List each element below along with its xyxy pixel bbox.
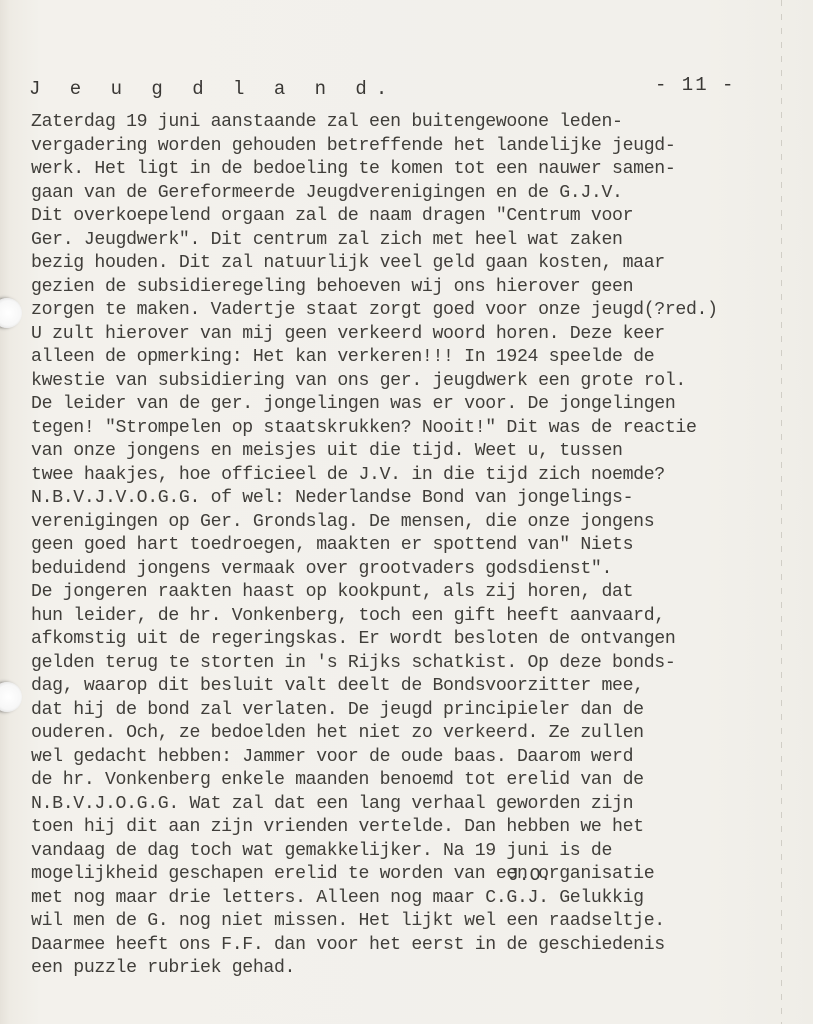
text-line: tegen! "Strompelen op staatskrukken? Noo… — [31, 417, 718, 441]
page-number: - 11 - — [655, 74, 735, 96]
text-line: gaan van de Gereformeerde Jeugdverenigin… — [31, 182, 718, 206]
text-line: twee haakjes, hoe officieel de J.V. in d… — [31, 464, 718, 488]
document-title: J e u g d l a n d. — [29, 78, 396, 100]
text-line: Daarmee heeft ons F.F. dan voor het eers… — [31, 934, 718, 958]
text-line: toen hij dit aan zijn vrienden vertelde.… — [31, 816, 718, 840]
text-line: bezig houden. Dit zal natuurlijk veel ge… — [31, 252, 718, 276]
signature: J.O. — [508, 866, 551, 886]
text-line: De leider van de ger. jongelingen was er… — [31, 393, 718, 417]
text-line: verenigingen op Ger. Grondslag. De mense… — [31, 511, 718, 535]
text-line: zorgen te maken. Vadertje staat zorgt go… — [31, 299, 718, 323]
text-line: alleen de opmerking: Het kan verkeren!!!… — [31, 346, 718, 370]
punch-hole-top — [0, 298, 22, 328]
punch-hole-bottom — [0, 682, 22, 712]
text-line: gezien de subsidieregeling behoeven wij … — [31, 276, 718, 300]
text-line: vergadering worden gehouden betreffende … — [31, 135, 718, 159]
text-line: ouderen. Och, ze bedoelden het niet zo v… — [31, 722, 718, 746]
text-line: de hr. Vonkenberg enkele maanden benoemd… — [31, 769, 718, 793]
text-line: geen goed hart toedroegen, maakten er sp… — [31, 534, 718, 558]
text-line: een puzzle rubriek gehad. — [31, 957, 718, 981]
text-line: wil men de G. nog niet missen. Het lijkt… — [31, 910, 718, 934]
text-line: dag, waarop dit besluit valt deelt de Bo… — [31, 675, 718, 699]
text-line: Zaterdag 19 juni aanstaande zal een buit… — [31, 111, 718, 135]
text-line: N.B.V.J.O.G.G. Wat zal dat een lang verh… — [31, 793, 718, 817]
text-line: vandaag de dag toch wat gemakkelijker. N… — [31, 840, 718, 864]
text-line: De jongeren raakten haast op kookpunt, a… — [31, 581, 718, 605]
text-line: van onze jongens en meisjes uit die tijd… — [31, 440, 718, 464]
text-line: wel gedacht hebben: Jammer voor de oude … — [31, 746, 718, 770]
typewritten-page: J e u g d l a n d. - 11 - Zaterdag 19 ju… — [0, 0, 813, 1024]
text-line: U zult hierover van mij geen verkeerd wo… — [31, 323, 718, 347]
text-line: N.B.V.J.V.O.G.G. of wel: Nederlandse Bon… — [31, 487, 718, 511]
text-line: afkomstig uit de regeringskas. Er wordt … — [31, 628, 718, 652]
text-line: gelden terug te storten in 's Rijks scha… — [31, 652, 718, 676]
text-line: Dit overkoepelend orgaan zal de naam dra… — [31, 205, 718, 229]
body-text: Zaterdag 19 juni aanstaande zal een buit… — [31, 111, 718, 981]
text-line: hun leider, de hr. Vonkenberg, toch een … — [31, 605, 718, 629]
text-line: kwestie van subsidiering van ons ger. je… — [31, 370, 718, 394]
fold-line — [781, 0, 782, 1024]
text-line: met nog maar drie letters. Alleen nog ma… — [31, 887, 718, 911]
text-line: dat hij de bond zal verlaten. De jeugd p… — [31, 699, 718, 723]
text-line: beduidend jongens vermaak over grootvade… — [31, 558, 718, 582]
text-line: Ger. Jeugdwerk". Dit centrum zal zich me… — [31, 229, 718, 253]
text-line: mogelijkheid geschapen erelid te worden … — [31, 863, 718, 887]
text-line: werk. Het ligt in de bedoeling te komen … — [31, 158, 718, 182]
